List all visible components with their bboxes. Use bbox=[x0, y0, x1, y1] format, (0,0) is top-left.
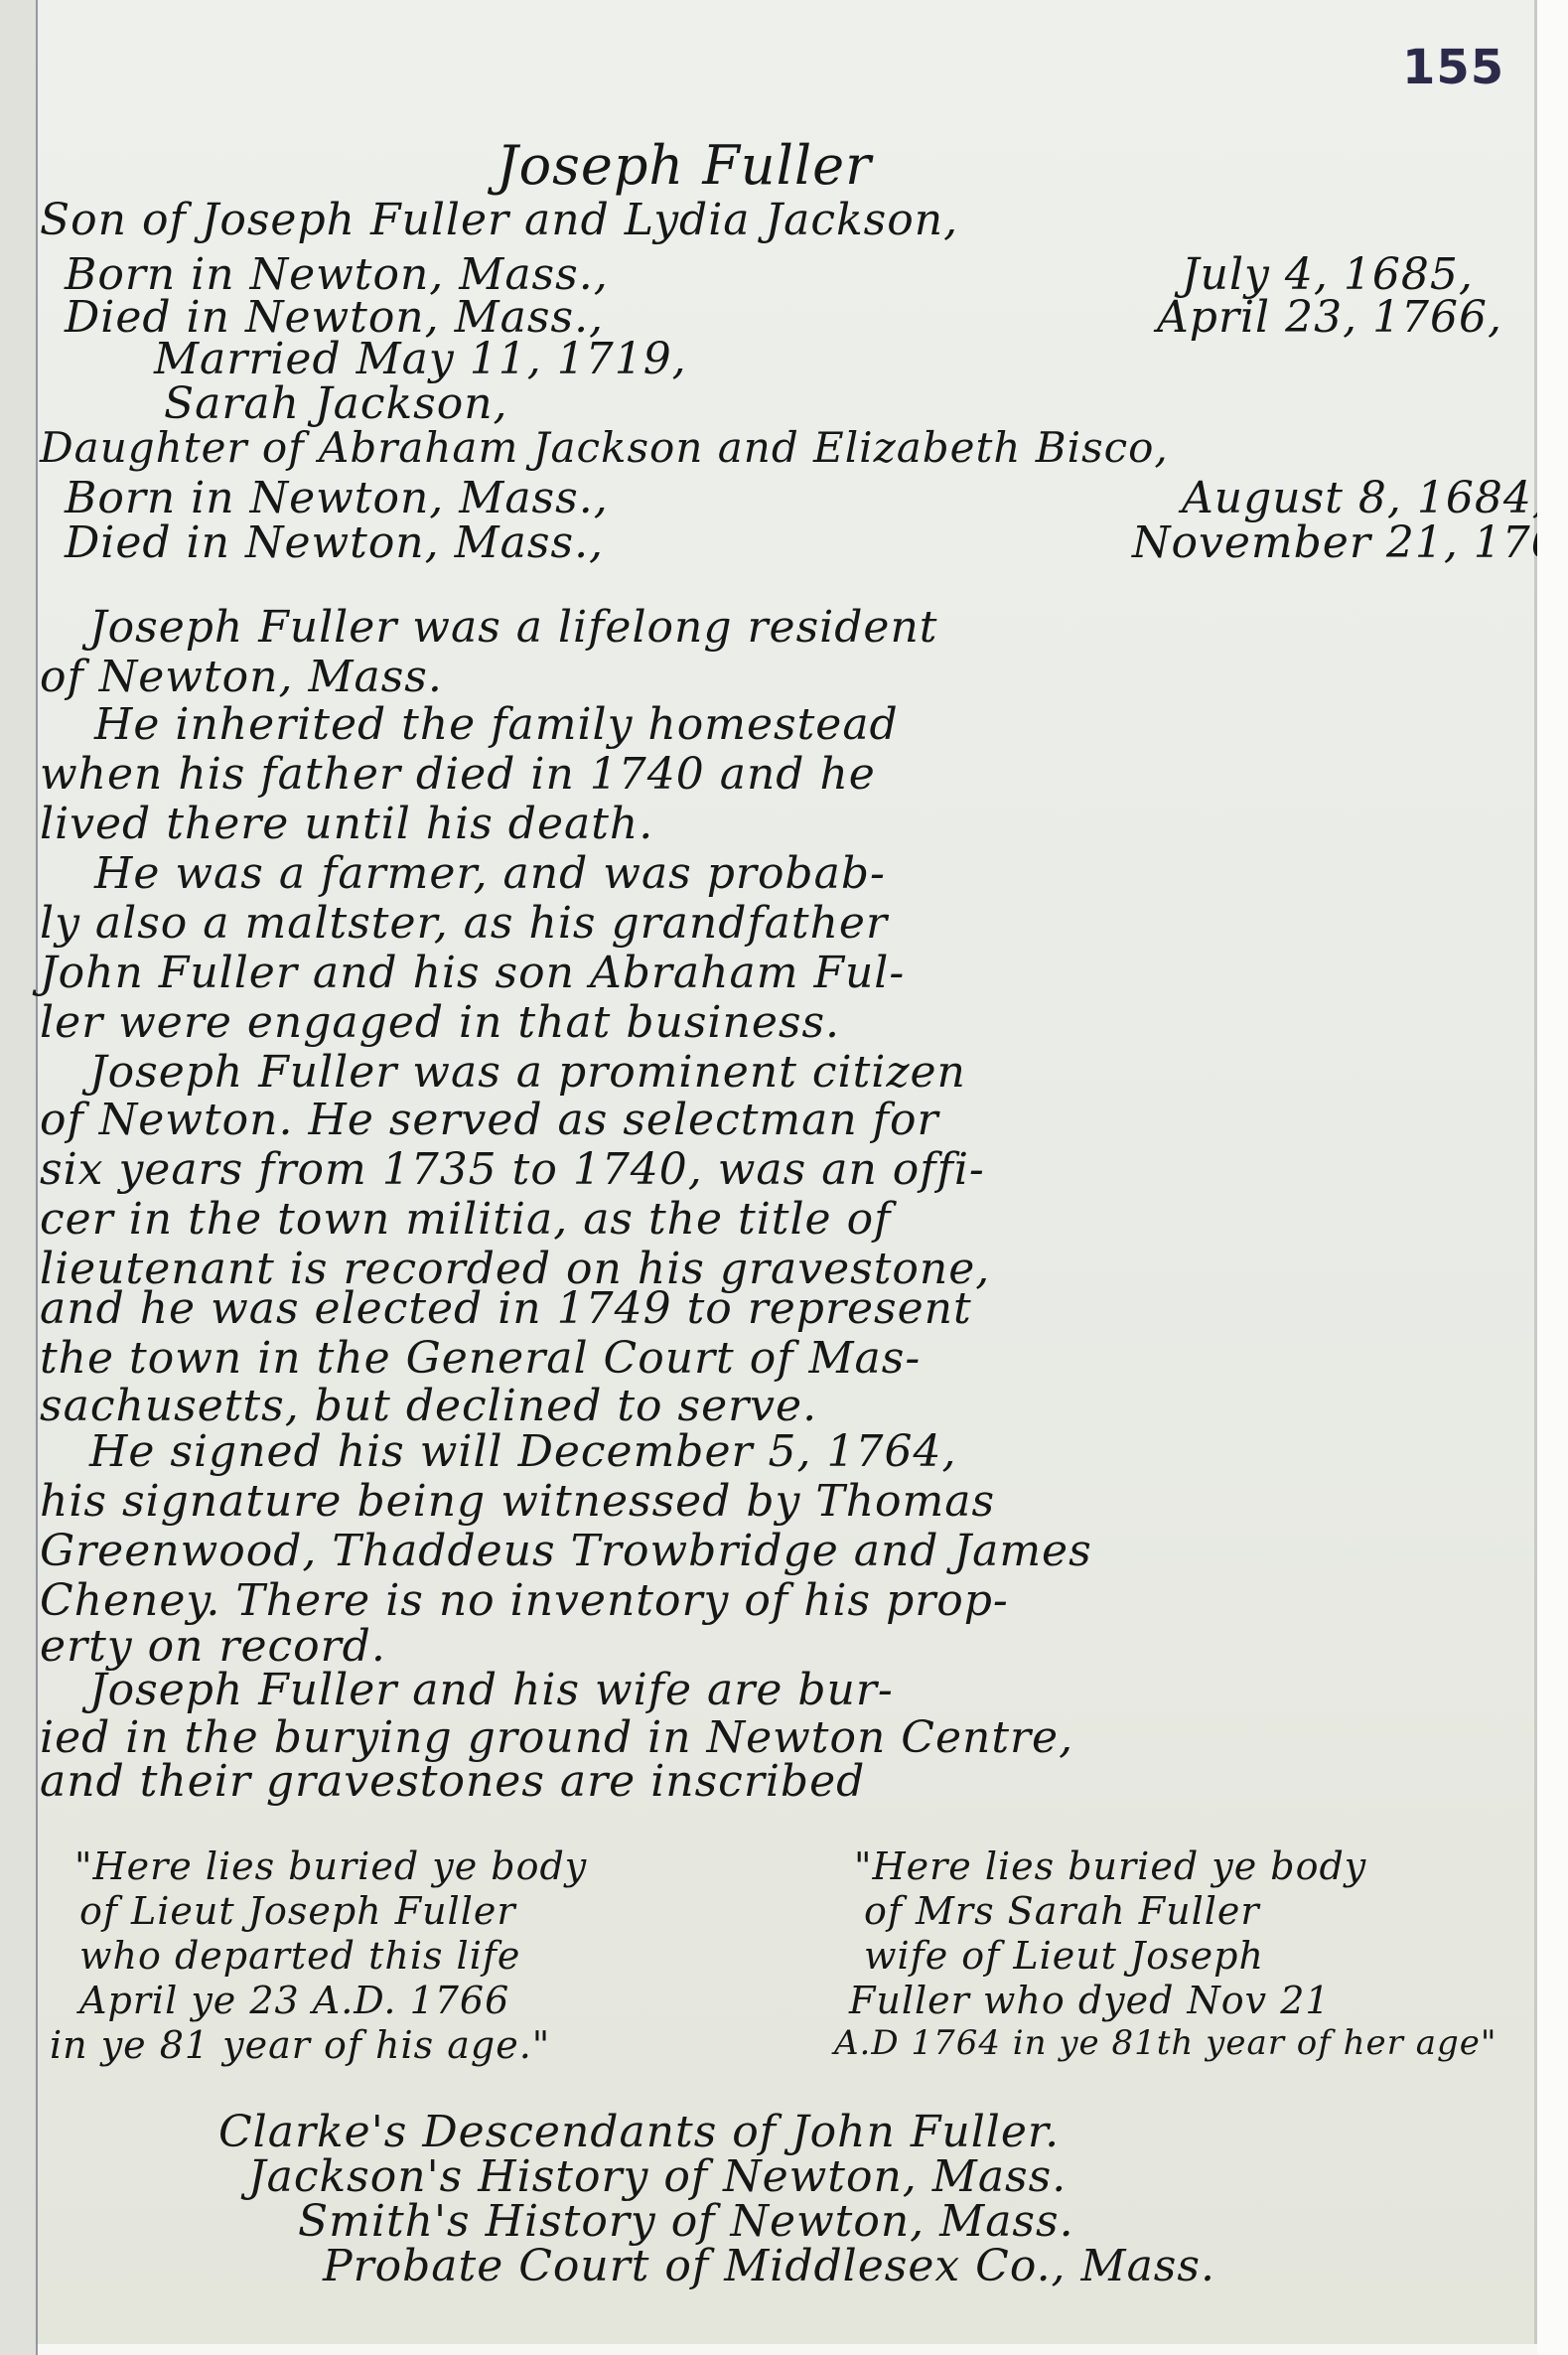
person-title: Joseph Fuller bbox=[497, 139, 872, 193]
source-item: Jackson's History of Newton, Mass. bbox=[248, 2155, 1067, 2199]
epitaph-line: wife of Lieut Joseph bbox=[864, 1937, 1264, 1975]
born-place: Born in Newton, Mass., bbox=[65, 253, 609, 297]
epitaph-line: in ye 81 year of his age." bbox=[50, 2026, 550, 2064]
body-line: erty on record. bbox=[40, 1625, 386, 1669]
epitaph-line: April ye 23 A.D. 1766 bbox=[79, 1982, 509, 2019]
body-line: of Newton. He served as selectman for bbox=[40, 1099, 938, 1142]
body-line: He signed his will December 5, 1764, bbox=[89, 1430, 956, 1474]
page-left-margin bbox=[0, 0, 36, 2355]
body-line: He was a farmer, and was probab- bbox=[94, 852, 886, 896]
body-line: John Fuller and his son Abraham Ful- bbox=[40, 952, 905, 995]
body-line: the town in the General Court of Mas- bbox=[40, 1337, 921, 1381]
body-line: and their gravestones are inscribed bbox=[40, 1760, 865, 1804]
body-line: six years from 1735 to 1740, was an offi… bbox=[40, 1148, 985, 1192]
married-line: Married May 11, 1719, bbox=[154, 338, 687, 381]
body-line: Cheney. There is no inventory of his pro… bbox=[40, 1579, 1009, 1623]
body-line: ied in the burying ground in Newton Cent… bbox=[40, 1716, 1073, 1760]
spouse-born-date: August 8, 1684, bbox=[1182, 477, 1547, 520]
epitaph-line: A.D 1764 in ye 81th year of her age" bbox=[834, 2026, 1497, 2060]
epitaph-line: of Mrs Sarah Fuller bbox=[864, 1892, 1260, 1930]
spouse-parents-line: Daughter of Abraham Jackson and Elizabet… bbox=[40, 427, 1169, 469]
epitaph-line: who departed this life bbox=[79, 1937, 520, 1975]
spouse-died-place: Died in Newton, Mass., bbox=[65, 521, 604, 565]
document-page: 155 Joseph Fuller Son of Joseph Fuller a… bbox=[0, 0, 1537, 2344]
margin-rule bbox=[36, 0, 38, 2355]
body-line: ly also a maltster, as his grandfather bbox=[40, 902, 888, 946]
source-item: Clarke's Descendants of John Fuller. bbox=[218, 2111, 1060, 2154]
body-line: Greenwood, Thaddeus Trowbridge and James bbox=[40, 1530, 1092, 1573]
body-line: of Newton, Mass. bbox=[40, 656, 443, 699]
body-line: and he was elected in 1749 to represent bbox=[40, 1287, 972, 1331]
page-edge bbox=[1537, 0, 1568, 2355]
parents-line: Son of Joseph Fuller and Lydia Jackson, bbox=[40, 199, 958, 242]
died-date: April 23, 1766, bbox=[1157, 296, 1502, 340]
body-line: Joseph Fuller and his wife are bur- bbox=[89, 1669, 894, 1712]
source-item: Probate Court of Middlesex Co., Mass. bbox=[323, 2245, 1215, 2288]
epitaph-line: "Here lies buried ye body bbox=[74, 1847, 587, 1885]
spouse-name: Sarah Jackson, bbox=[164, 382, 508, 426]
body-line: lived there until his death. bbox=[40, 803, 653, 846]
body-line: Joseph Fuller was a lifelong resident bbox=[89, 606, 937, 650]
born-date: July 4, 1685, bbox=[1182, 253, 1474, 297]
epitaph-line: of Lieut Joseph Fuller bbox=[79, 1892, 516, 1930]
epitaph-line: "Here lies buried ye body bbox=[854, 1847, 1366, 1885]
epitaph-line: Fuller who dyed Nov 21 bbox=[849, 1982, 1331, 2019]
body-line: when his father died in 1740 and he bbox=[40, 753, 876, 797]
body-line: Joseph Fuller was a prominent citizen bbox=[89, 1051, 966, 1095]
spouse-born-place: Born in Newton, Mass., bbox=[65, 477, 609, 520]
page-number: 155 bbox=[1402, 40, 1504, 95]
body-line: ler were engaged in that business. bbox=[40, 1001, 840, 1045]
body-line: He inherited the family homestead bbox=[94, 703, 899, 747]
spouse-died-date: November 21, 1764. bbox=[1132, 521, 1568, 565]
body-line: cer in the town militia, as the title of bbox=[40, 1198, 891, 1242]
source-item: Smith's History of Newton, Mass. bbox=[298, 2200, 1074, 2244]
body-line: his signature being witnessed by Thomas bbox=[40, 1480, 995, 1524]
body-line: sachusetts, but declined to serve. bbox=[40, 1385, 817, 1428]
